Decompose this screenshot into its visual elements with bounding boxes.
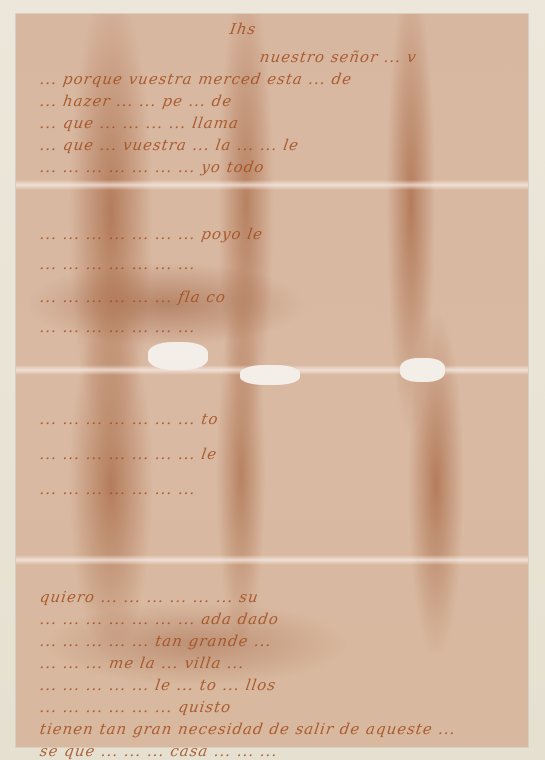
fold-line	[16, 555, 528, 565]
text-line: ... ... ... ... ... ... fla co	[39, 288, 227, 306]
text-line: ... ... ... ... ... ... ... le	[39, 445, 219, 463]
text-line: ... ... ... ... ... ... ... poyo le	[39, 225, 265, 243]
text-line: ... porque vuestra merced esta ... de	[39, 70, 354, 88]
text-line: ... que ... ... ... ... llama	[39, 114, 241, 132]
text-line: se que ... ... ... casa ... ... ...	[39, 742, 279, 760]
text-line: nuestro señor ... v	[259, 48, 418, 66]
fold-line	[16, 180, 528, 190]
paper-hole	[400, 358, 445, 382]
text-line: ... ... ... ... ... ... ...	[39, 480, 197, 498]
text-line: ... que ... vuestra ... la ... ... le	[39, 136, 301, 154]
paper-hole	[240, 365, 300, 385]
text-line: ... ... ... ... ... ... ... to	[39, 410, 220, 428]
heading: Ihs	[229, 20, 258, 38]
text-line: ... ... ... me la ... villa ...	[39, 654, 246, 672]
text-line: ... ... ... ... ... ... quisto	[39, 698, 233, 716]
text-line: tienen tan gran necesidad de salir de aq…	[39, 720, 457, 738]
text-line: ... ... ... ... ... ... ...	[39, 318, 197, 336]
text-line: ... ... ... ... ... ... ... yo todo	[39, 158, 266, 176]
text-line: ... ... ... ... ... ... ... ada dado	[39, 610, 280, 628]
paper-hole	[148, 342, 208, 370]
text-line: quiero ... ... ... ... ... ... su	[39, 588, 260, 606]
text-line: ... ... ... ... ... le ... to ... llos	[39, 676, 278, 694]
text-line: ... ... ... ... ... ... ...	[39, 255, 197, 273]
text-line: ... hazer ... ... pe ... de	[39, 92, 234, 110]
text-line: ... ... ... ... ... tan grande ...	[39, 632, 273, 650]
